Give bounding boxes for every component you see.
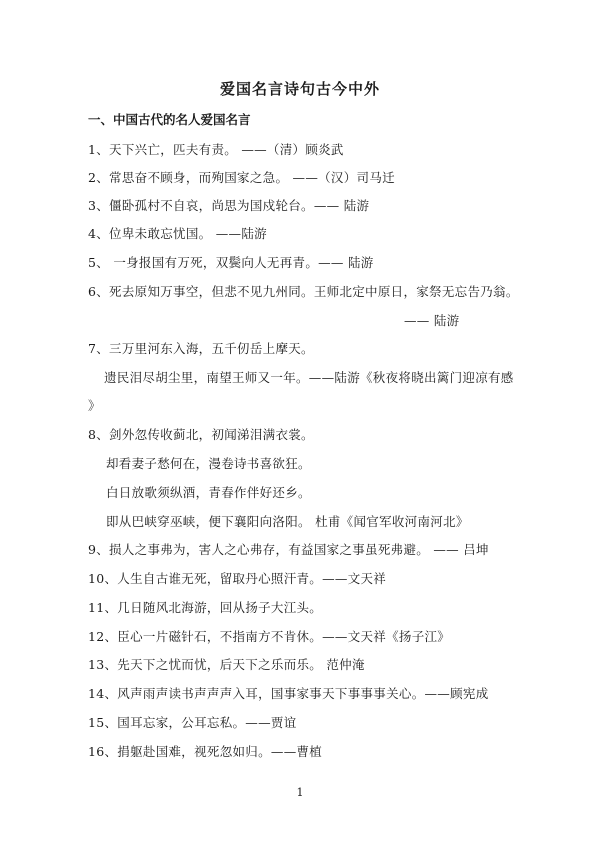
quote-line: 1、天下兴亡，匹夫有责。 ——（清）顾炎武	[88, 140, 344, 158]
quote-line: 5、 一身报国有万死，双鬓向人无再青。—— 陆游	[88, 253, 374, 271]
page-number: 1	[0, 786, 600, 799]
quote-line: 3、僵卧孤村不自哀，尚思为国戍轮台。—— 陆游	[88, 196, 369, 214]
quote-line: 4、位卑未敢忘忧国。 ——陆游	[88, 224, 267, 242]
section-heading: 一、中国古代的名人爱国名言	[88, 110, 251, 128]
document-page: 爱国名言诗句古今中外 一、中国古代的名人爱国名言 1、天下兴亡，匹夫有责。 ——…	[0, 0, 600, 849]
quote-continuation: 遗民泪尽胡尘里，南望王师又一年。——陆游《秋夜将晓出篱门迎凉有感	[104, 368, 514, 386]
quote-continuation: 即从巴峡穿巫峡，便下襄阳向洛阳。 杜甫《闻官军收河南河北》	[106, 512, 469, 530]
quote-continuation: 》	[88, 396, 101, 414]
quote-line: 9、损人之事弗为，害人之心弗存，有益国家之事虽死弗避。 —— 吕坤	[88, 540, 489, 558]
quote-line: 8、剑外忽传收蓟北，初闻涕泪满衣裳。	[88, 425, 314, 443]
quote-line: 14、风声雨声读书声声声入耳，国事家事天下事事事关心。——顾宪成	[88, 684, 489, 702]
quote-line: 10、人生自古谁无死，留取丹心照汗青。——文天祥	[88, 569, 386, 587]
quote-line: 6、死去原知万事空，但悲不见九州同。王师北定中原日，家祭无忘告乃翁。	[88, 282, 519, 300]
quote-line: 12、臣心一片磁针石，不指南方不肯休。——文天祥《扬子江》	[88, 627, 450, 645]
quote-continuation: 却看妻子愁何在，漫卷诗书喜欲狂。	[106, 454, 311, 472]
quote-line: 13、先天下之忧而忧，后天下之乐而乐。 范仲淹	[88, 655, 365, 673]
quote-continuation: 白日放歌须纵酒，青春作伴好还乡。	[106, 483, 311, 501]
quote-attribution: —— 陆游	[404, 311, 459, 329]
quote-line: 16、捐躯赴国难，视死忽如归。——曹植	[88, 742, 322, 760]
document-title: 爱国名言诗句古今中外	[0, 78, 600, 99]
quote-line: 7、三万里河东入海，五千仞岳上摩天。	[88, 339, 314, 357]
quote-line: 15、国耳忘家，公耳忘私。——贾谊	[88, 713, 297, 731]
quote-line: 11、几日随风北海游，回从扬子大江头。	[88, 598, 322, 616]
quote-line: 2、常思奋不顾身，而殉国家之急。 ——（汉）司马迁	[88, 168, 395, 186]
